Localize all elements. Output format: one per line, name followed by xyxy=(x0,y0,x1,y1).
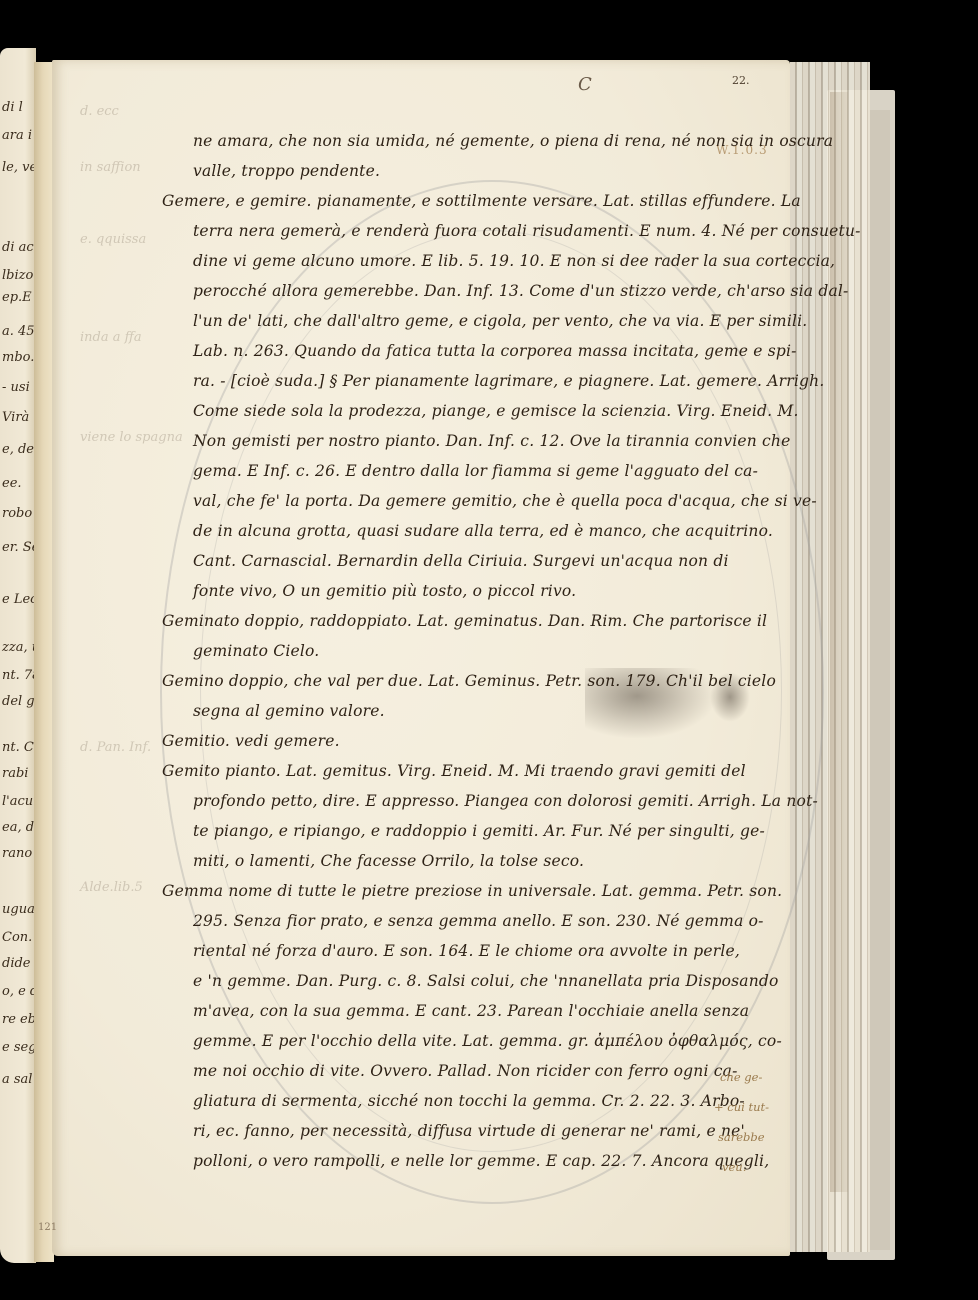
left-page-text-fragment: dide xyxy=(2,956,31,971)
manuscript-line: riental né forza d'auro. E son. 164. E l… xyxy=(193,942,740,960)
show-through-text: d. ecc xyxy=(80,104,119,119)
left-page-text-fragment: - usi xyxy=(2,380,30,395)
left-page-text-fragment: e Leo xyxy=(2,592,36,607)
manuscript-line: m'avea, con la sua gemma. E cant. 23. Pa… xyxy=(193,1002,749,1020)
left-page: di lara ile, verdi acqulbizoep.Ea. 45.mb… xyxy=(0,48,36,1263)
manuscript-line: val, che fe' la porta. Da gemere gemitio… xyxy=(193,492,817,510)
left-page-text-fragment: re ebb xyxy=(2,1012,36,1027)
manuscript-line: Non gemisti per nostro pianto. Dan. Inf.… xyxy=(193,432,790,450)
left-page-text-fragment: robo xyxy=(2,506,32,521)
left-page-text-fragment: e segn xyxy=(2,1040,36,1055)
manuscript-line: perocché allora gemerebbe. Dan. Inf. 13.… xyxy=(193,282,849,300)
manuscript-line: Come siede sola la prodezza, piange, e g… xyxy=(193,402,799,420)
left-page-text-fragment: di acqu xyxy=(2,240,36,255)
show-through-text: e. qquissa xyxy=(80,232,146,247)
book-gutter xyxy=(34,62,54,1262)
manuscript-line: Geminato doppio, raddoppiato. Lat. gemin… xyxy=(162,612,767,630)
manuscript-line: de in alcuna grotta, quasi sudare alla t… xyxy=(193,522,773,540)
left-page-text-fragment: nt. Cero xyxy=(2,740,36,755)
left-page-text-fragment: del ge xyxy=(2,694,36,709)
manuscript-line: ne amara, che non sia umida, né gemente,… xyxy=(193,132,833,150)
show-through-text: inda a ffa xyxy=(80,330,142,345)
left-page-text-fragment: er. Sec xyxy=(2,540,36,555)
show-through-text: viene lo spagna xyxy=(80,430,183,445)
manuscript-line: Gemino doppio, che val per due. Lat. Gem… xyxy=(162,672,776,690)
manuscript-line: Gemma nome di tutte le pietre preziose i… xyxy=(162,882,782,900)
left-page-text-fragment: l'acu xyxy=(2,794,33,809)
left-page-text-fragment: ea, di xyxy=(2,820,36,835)
left-page-text-fragment: ee. xyxy=(2,476,22,491)
margin-note: + cui tut- xyxy=(714,1100,769,1114)
manuscript-line: Cant. Carnascial. Bernardin della Ciriui… xyxy=(193,552,729,570)
show-through-text: in saffion xyxy=(80,160,141,175)
left-page-text-fragment: zza, u xyxy=(2,640,36,655)
left-page-text-fragment: e, ded xyxy=(2,442,36,457)
manuscript-line: e 'n gemme. Dan. Purg. c. 8. Salsi colui… xyxy=(193,972,779,990)
left-page-text-fragment: o, e d xyxy=(2,984,36,999)
manuscript-line: te piango, e ripiango, e raddoppio i gem… xyxy=(193,822,765,840)
left-page-text-fragment: le, ver xyxy=(2,160,36,175)
left-page-text-fragment: nt. 78 xyxy=(2,668,36,683)
manuscript-line: Gemito pianto. Lat. gemitus. Virg. Eneid… xyxy=(162,762,746,780)
manuscript-line: Lab. n. 263. Quando da fatica tutta la c… xyxy=(193,342,797,360)
manuscript-line: Gemitio. vedi gemere. xyxy=(162,732,340,750)
left-page-text-fragment: rano xyxy=(2,846,32,861)
page-edges xyxy=(790,62,870,1252)
left-page-text-fragment: Virà xyxy=(2,410,29,425)
left-page-text-fragment: ugual xyxy=(2,902,36,917)
manuscript-line: valle, troppo pendente. xyxy=(193,162,380,180)
margin-note: sarebbe xyxy=(718,1130,765,1144)
manuscript-line: miti, o lamenti, Che facesse Orrilo, la … xyxy=(193,852,584,870)
manuscript-line: dine vi geme alcuno umore. E lib. 5. 19.… xyxy=(193,252,835,270)
margin-note: che ge- xyxy=(720,1070,762,1084)
manuscript-line: geminato Cielo. xyxy=(193,642,319,660)
manuscript-line: ra. - [cioè suda.] § Per pianamente lagr… xyxy=(193,372,824,390)
margin-note: veu. xyxy=(722,1160,746,1174)
show-through-text: Alde.lib.5 xyxy=(80,880,143,895)
left-page-text-fragment: a sal xyxy=(2,1072,32,1087)
bottom-page-number: 121 xyxy=(38,1222,57,1233)
manuscript-line: Gemere, e gemire. pianamente, e sottilme… xyxy=(162,192,801,210)
left-page-text-fragment: Con. xyxy=(2,930,32,945)
manuscript-line: polloni, o vero rampolli, e nelle lor ge… xyxy=(193,1152,769,1170)
left-page-text-fragment: rabi xyxy=(2,766,28,781)
manuscript-line: segna al gemino valore. xyxy=(193,702,385,720)
left-page-text-fragment: mbo. xyxy=(2,350,34,365)
folio-number: 22. xyxy=(732,74,750,87)
manuscript-line: fonte vivo, O un gemitio più tosto, o pi… xyxy=(193,582,576,600)
manuscript-line: gliatura di sermenta, sicché non tocchi … xyxy=(193,1092,745,1110)
manuscript-line: gemme. E per l'occhio della vite. Lat. g… xyxy=(193,1032,782,1050)
left-page-text-fragment: a. 45. xyxy=(2,324,36,339)
left-page-text-fragment: lbizo xyxy=(2,268,33,283)
manuscript-line: me noi occhio di vite. Ovvero. Pallad. N… xyxy=(193,1062,738,1080)
manuscript-line: profondo petto, dire. E appresso. Piange… xyxy=(193,792,818,810)
manuscript-line: gema. E Inf. c. 26. E dentro dalla lor f… xyxy=(193,462,758,480)
show-through-text: d. Pan. Inf. xyxy=(80,740,151,755)
manuscript-line: ri, ec. fanno, per necessità, diffusa vi… xyxy=(193,1122,745,1140)
left-page-text-fragment: ara i xyxy=(2,128,32,143)
manuscript-line: l'un de' lati, che dall'altro geme, e ci… xyxy=(193,312,807,330)
manuscript-line: terra nera gemerà, e renderà fuora cotal… xyxy=(193,222,861,240)
header-mark: C xyxy=(578,74,592,95)
left-page-text-fragment: ep.E xyxy=(2,290,32,305)
manuscript-line: 295. Senza fior prato, e senza gemma ane… xyxy=(193,912,764,930)
left-page-text-fragment: di l xyxy=(2,100,23,115)
